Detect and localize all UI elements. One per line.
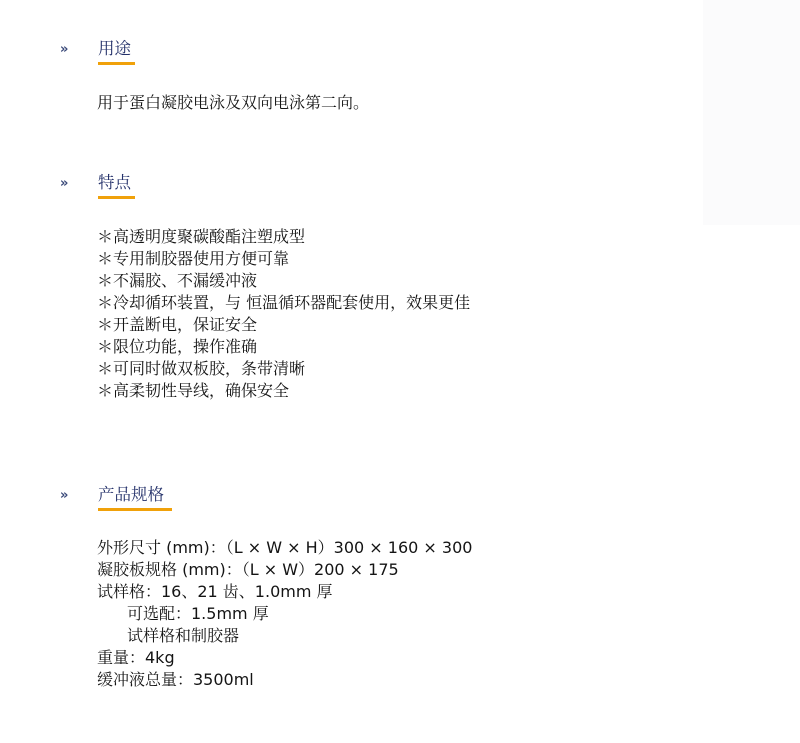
double-chevron-icon: » (60, 176, 68, 191)
heading-underline (98, 196, 135, 199)
spec-optional: 可选配：1.5mm 厚 (97, 603, 472, 625)
usage-text: 用于蛋白凝胶电泳及双向电泳第二向。 (97, 92, 369, 114)
section-heading-specs: » 产品规格 (0, 484, 400, 518)
section-heading-usage: » 用途 (0, 38, 400, 72)
spec-gel-plate-size: 凝胶板规格 (mm)：（L × W）200 × 175 (97, 559, 472, 581)
spec-buffer-volume: 缓冲液总量：3500ml (97, 669, 472, 691)
features-list: ＊高透明度聚碳酸酯注塑成型 ＊专用制胶器使用方便可靠 ＊不漏胶、不漏缓冲液 ＊冷… (97, 226, 470, 402)
heading-underline (98, 62, 135, 65)
spec-dimensions: 外形尺寸 (mm)：（L × W × H）300 × 160 × 300 (97, 537, 472, 559)
feature-item: ＊不漏胶、不漏缓冲液 (97, 270, 470, 292)
feature-item: ＊高柔韧性导线，确保安全 (97, 380, 470, 402)
usage-description: 用于蛋白凝胶电泳及双向电泳第二向。 (97, 92, 369, 114)
section-title-features: 特点 (98, 172, 131, 194)
double-chevron-icon: » (60, 42, 68, 57)
double-chevron-icon: » (60, 488, 68, 503)
feature-item: ＊限位功能，操作准确 (97, 336, 470, 358)
spec-comb: 试样格：16、21 齿、1.0mm 厚 (97, 581, 472, 603)
feature-item: ＊开盖断电，保证安全 (97, 314, 470, 336)
feature-item: ＊冷却循环装置，与 恒温循环器配套使用，效果更佳 (97, 292, 470, 314)
feature-item: ＊可同时做双板胶，条带清晰 (97, 358, 470, 380)
spec-weight: 重量：4kg (97, 647, 472, 669)
feature-item: ＊专用制胶器使用方便可靠 (97, 248, 470, 270)
side-background-panel (703, 0, 800, 225)
spec-optional-detail: 试样格和制胶器 (97, 625, 472, 647)
feature-item: ＊高透明度聚碳酸酯注塑成型 (97, 226, 470, 248)
section-title-usage: 用途 (98, 38, 131, 60)
section-title-specs: 产品规格 (98, 484, 164, 506)
section-heading-features: » 特点 (0, 172, 400, 206)
heading-underline (98, 508, 172, 511)
specs-list: 外形尺寸 (mm)：（L × W × H）300 × 160 × 300 凝胶板… (97, 537, 472, 691)
